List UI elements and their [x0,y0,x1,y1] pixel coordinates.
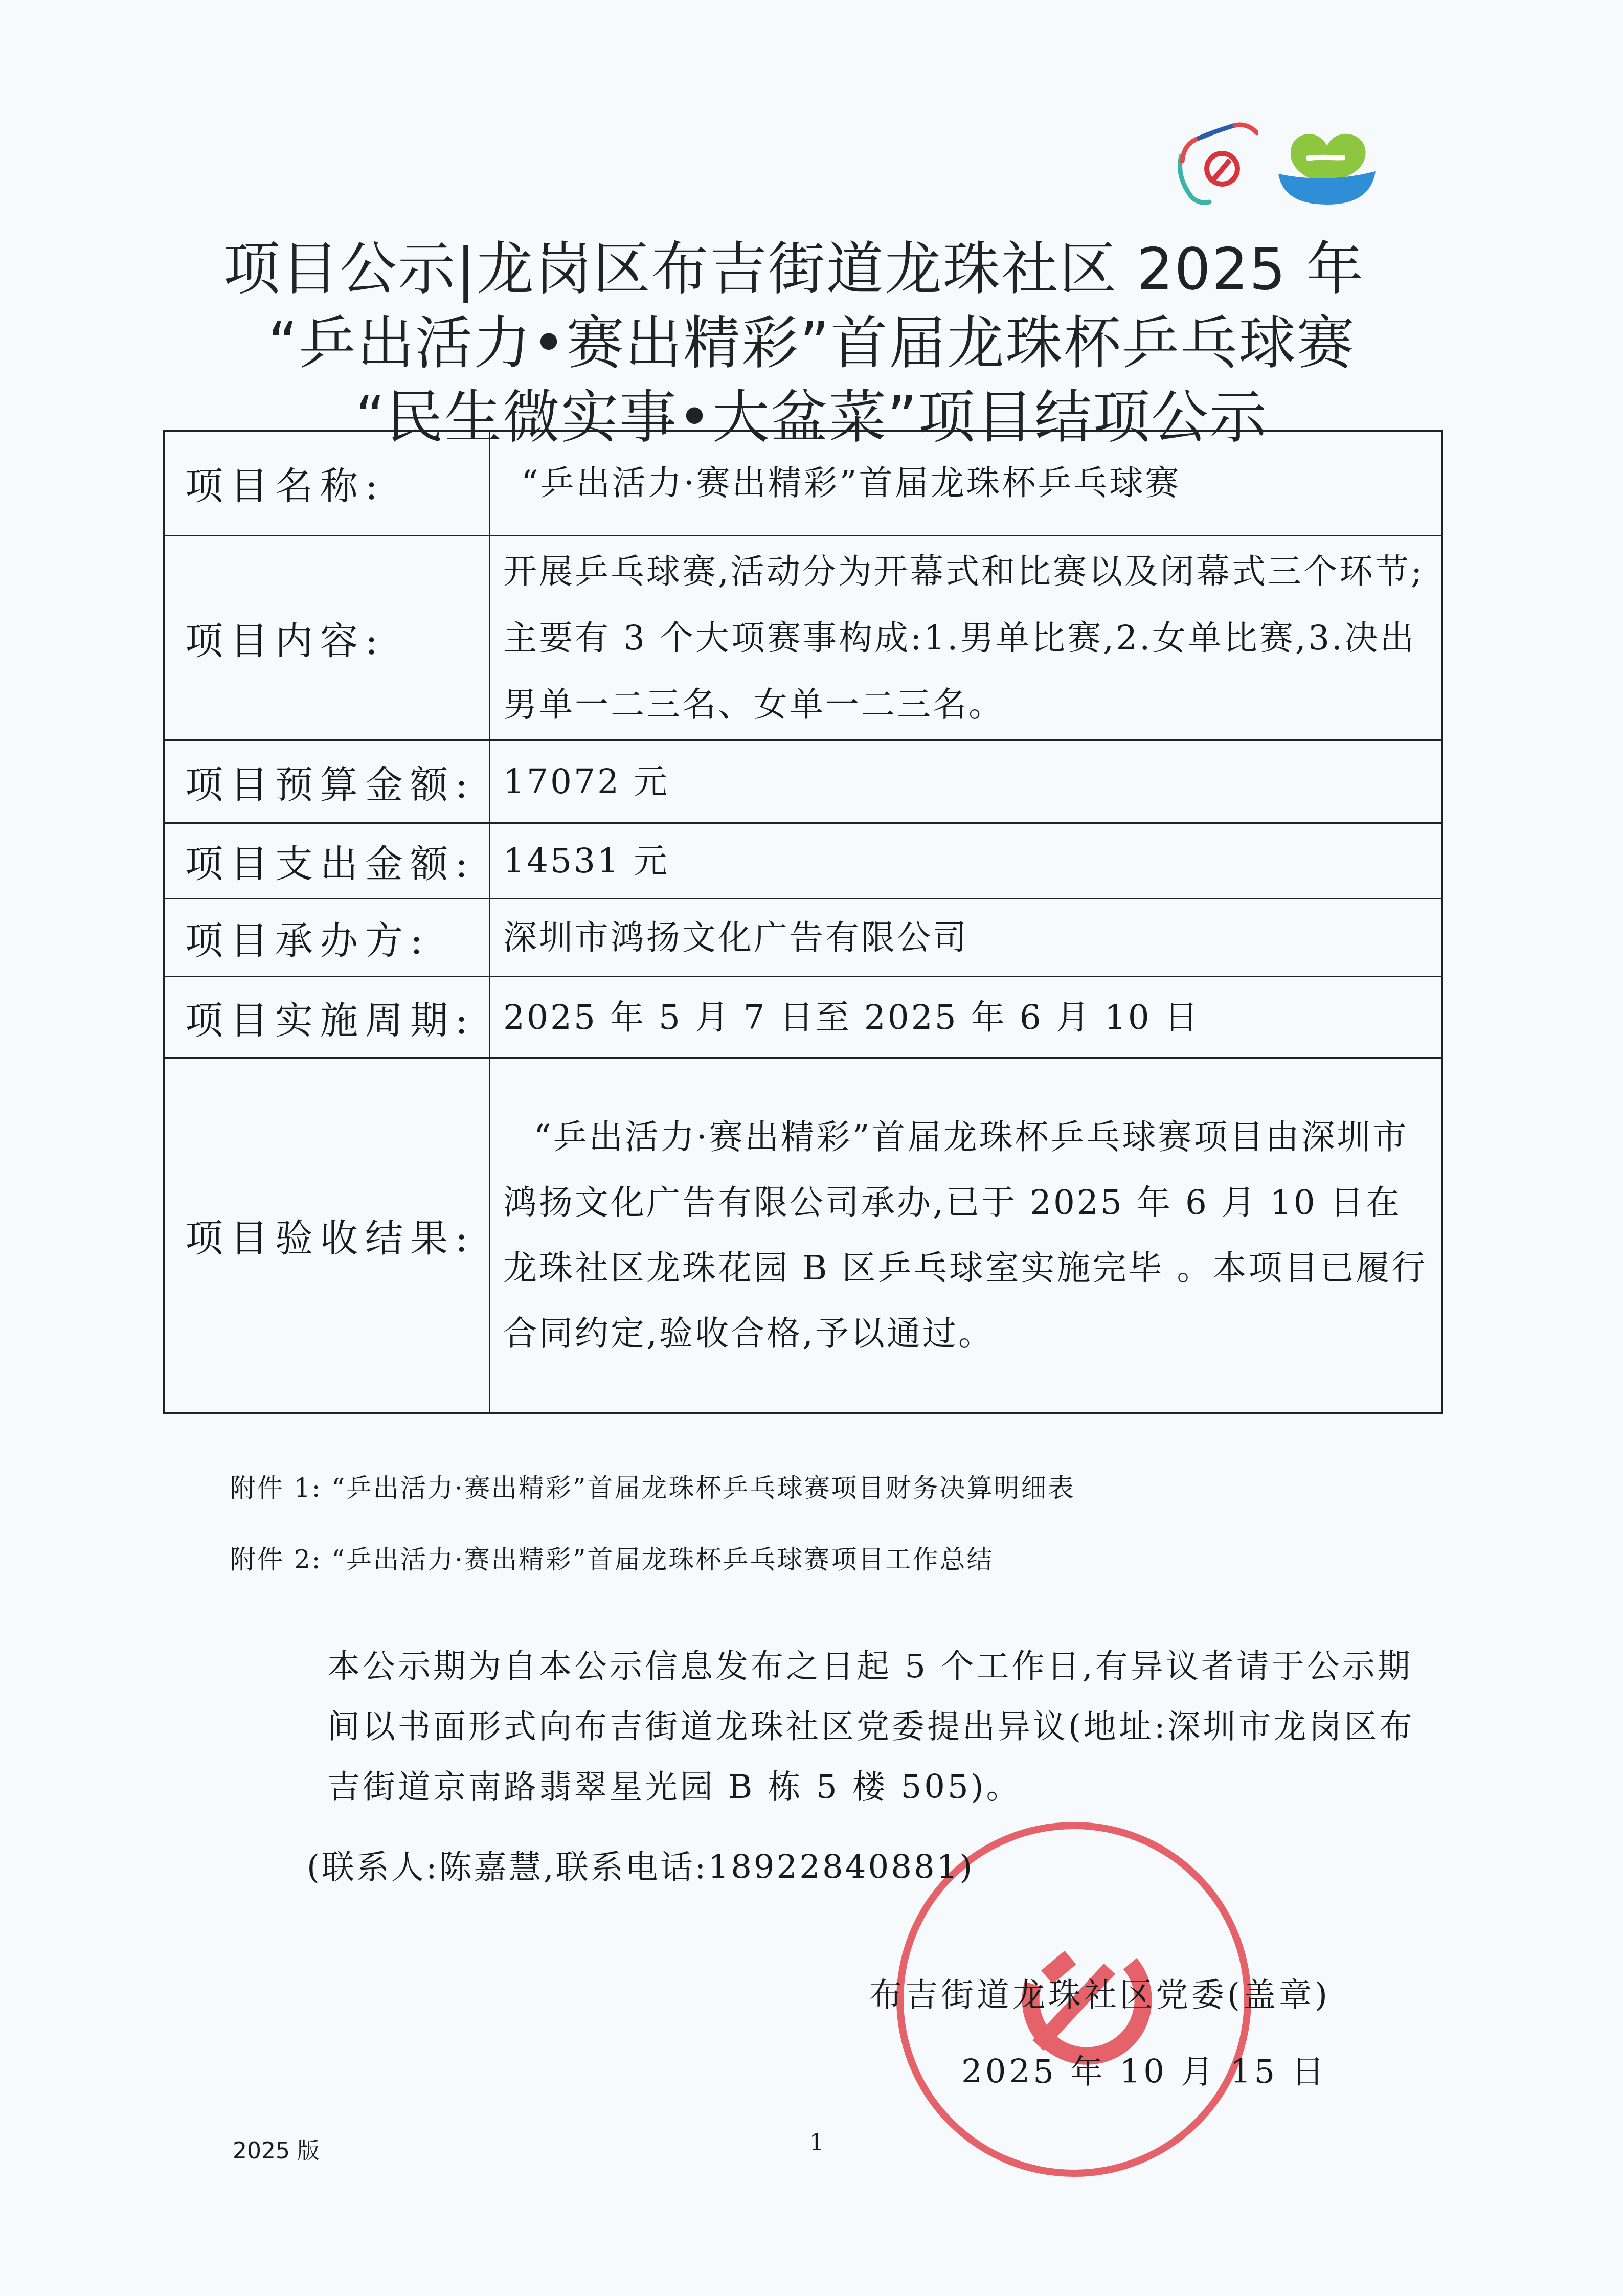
attachment-1: 附件 1: “乒出活力·赛出精彩”首届龙珠杯乒乓球赛项目财务决算明细表 [230,1468,1075,1504]
project-info-table: 项目名称: “乒出活力·赛出精彩”首届龙珠杯乒乓球赛 项目内容: 开展乒乓球赛,… [163,430,1443,1414]
row-label: 项目承办方: [165,899,490,976]
row-label: 项目内容: [165,536,490,739]
header-logos [1171,120,1386,212]
notice-text: 本公示期为自本公示信息发布之日起 5 个工作日,有异议者请于公示期间以书面形式向… [266,1636,1416,1817]
minsheng-bowl-logo-icon [1276,128,1378,207]
table-row-result: 项目验收结果: “乒出活力·赛出精彩”首届龙珠杯乒乓球赛项目由深圳市鸿扬文化广告… [165,1059,1441,1412]
page-title: 项目公示|龙岗区布吉街道龙珠社区 2025 年 “乒出活力•赛出精彩”首届龙珠杯… [0,233,1623,455]
table-row-expense: 项目支出金额: 14531 元 [165,824,1441,899]
row-value: 17072 元 [490,741,1441,822]
row-value: 开展乒乓球赛,活动分为开幕式和比赛以及闭幕式三个环节;主要有 3 个大项赛事构成… [490,536,1441,739]
row-label: 项目验收结果: [165,1059,490,1412]
signature-date: 2025 年 10 月 15 日 [961,2045,1327,2092]
row-value: 14531 元 [490,824,1441,898]
notice-paragraph: 本公示期为自本公示信息发布之日起 5 个工作日,有异议者请于公示期间以书面形式向… [266,1636,1416,1817]
party-heart-logo-icon [1171,120,1258,207]
row-label: 项目支出金额: [165,824,490,898]
attachment-2: 附件 2: “乒出活力·赛出精彩”首届龙珠杯乒乓球赛项目工作总结 [230,1539,994,1576]
table-row-budget: 项目预算金额: 17072 元 [165,741,1441,824]
signature-org: 布吉街道龙珠社区党委(盖章) [869,1969,1331,2016]
table-row-name: 项目名称: “乒出活力·赛出精彩”首届龙珠杯乒乓球赛 [165,432,1441,536]
title-line-1: 项目公示|龙岗区布吉街道龙珠社区 2025 年 [0,233,1623,307]
row-label: 项目预算金额: [165,741,490,822]
row-value: “乒出活力·赛出精彩”首届龙珠杯乒乓球赛 [490,432,1441,535]
row-label: 项目实施周期: [165,977,490,1057]
contact-info: (联系人:陈嘉慧,联系电话:18922840881) [307,1841,974,1888]
row-label: 项目名称: [165,432,490,535]
page-number: 1 [809,2130,824,2156]
row-value: “乒出活力·赛出精彩”首届龙珠杯乒乓球赛项目由深圳市鸿扬文化广告有限公司承办,已… [490,1059,1441,1412]
table-row-content: 项目内容: 开展乒乓球赛,活动分为开幕式和比赛以及闭幕式三个环节;主要有 3 个… [165,536,1441,741]
table-row-contractor: 项目承办方: 深圳市鸿扬文化广告有限公司 [165,899,1441,977]
footer-version: 2025 版 [233,2132,320,2165]
row-value: 深圳市鸿扬文化广告有限公司 [490,899,1441,976]
row-value: 2025 年 5 月 7 日至 2025 年 6 月 10 日 [490,977,1441,1057]
table-row-period: 项目实施周期: 2025 年 5 月 7 日至 2025 年 6 月 10 日 [165,977,1441,1059]
title-line-2: “乒出活力•赛出精彩”首届龙珠杯乒乓球赛 [0,307,1623,381]
